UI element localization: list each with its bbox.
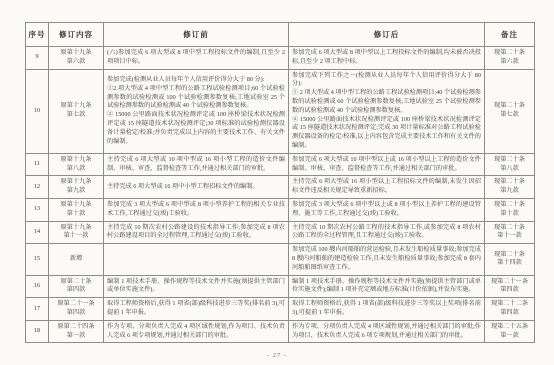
table-row: 17 原第二十一条 第四款 取得工程师资格后,获得 1 项省(部)级科技进步三等… — [26, 298, 535, 321]
cell-remarks: 现第二十条 第十款 — [485, 198, 535, 221]
cell-seq-no: 17 — [26, 298, 49, 321]
col-header-seq-no: 序号 — [26, 23, 49, 47]
cell-before-revision: 作为专项、分项负责人完成 4 项区域性规划,作为项目、技术负责人完成 6 项专项… — [104, 320, 289, 343]
cell-seq-no: 9 — [26, 47, 49, 70]
table-header-row: 序号 修订内容 修订前 修订后 备注 — [26, 23, 535, 47]
cell-seq-no: 12 — [26, 176, 49, 199]
revision-comparison-table: 序号 修订内容 修订前 修订后 备注 9 原第十九条 第六款 (六)参加完成 6… — [25, 22, 535, 343]
cell-after-revision: 主持完成 6 项大型或 16 项小型以上工程招标文件的编制,未发生因招标文件违反… — [289, 176, 485, 199]
cell-revision-content: 原第二十四条 第一款 — [49, 320, 104, 343]
col-header-before-revision: 修订前 — [104, 23, 289, 47]
cell-remarks: 现第二十一条 第四款 — [485, 275, 535, 298]
cell-remarks: 现第二十条 第七款 — [485, 69, 535, 153]
cell-revision-content: 原第十九条 第六款 — [49, 47, 104, 70]
cell-before-revision — [104, 244, 289, 275]
cell-seq-no: 18 — [26, 320, 49, 343]
cell-after-revision: 参加完成 6 项大型或 10 项中型以上或 16 项小型以上工程的造价文件编制、… — [289, 153, 485, 176]
table-row: 11 原第十九条 第八款 主持完成 6 项大型或 10 项中型或 16 项小型工… — [26, 153, 535, 176]
page-number: - 27 - — [0, 352, 554, 359]
cell-seq-no: 10 — [26, 69, 49, 153]
cell-seq-no: 15 — [26, 244, 49, 275]
cell-after-revision: 主持完成 10 期次农村公路工程的技术指导工作,或参加完成 8 项农村公路工程的… — [289, 221, 485, 244]
table-row: 10 原第十九条 第七款 参加完成(检测从业人员每年个人信用评价得分大于 80 … — [26, 69, 535, 153]
cell-before-revision: (六)参加完成 6 项大型或 8 项中型工程投标文件的编制,且至少 2 项项目中… — [104, 47, 289, 70]
col-header-after-revision: 修订后 — [289, 23, 485, 47]
table-row: 12 原第十九条 第九款 主持完成 6 项大型或 16 项中小型工程招标文件的编… — [26, 176, 535, 199]
cell-remarks: 现第二十五条 第一款 — [485, 320, 535, 343]
cell-seq-no: 16 — [26, 275, 49, 298]
cell-before-revision: 编制 1 项技术手册、操作规程等技术文件并实施(须提供主管部门或单位实施文件)。 — [104, 275, 289, 298]
cell-after-revision: 取得工程师资格后,获得 1 项省(部)级科技进步三等奖以上奖项(排名前 3),可… — [289, 298, 485, 321]
scanned-document-page: 序号 修订内容 修订前 修订后 备注 9 原第十九条 第六款 (六)参加完成 6… — [0, 0, 554, 365]
cell-seq-no: 11 — [26, 153, 49, 176]
cell-after-revision: 作为专项、分项负责人完成 4 项区域性规划,并通过相关部门的审批;作为项目、技术… — [289, 320, 485, 343]
cell-seq-no: 13 — [26, 198, 49, 221]
cell-seq-no: 14 — [26, 221, 49, 244]
cell-before-revision: 参加完成(检测从业人员每年个人信用评价得分大于 80 分): ①2 项大型或 4… — [104, 69, 289, 153]
cell-remarks: 现第二十条 第六款 — [485, 47, 535, 70]
table-row: 13 原第十九条 第十款 参加完成 3 项大型或 6 项中型或 8 项小型养护工… — [26, 198, 535, 221]
cell-before-revision: 主持完成 10 期次农村公路建设的技术指导工作;参加完成 8 项农村公路建设项目… — [104, 221, 289, 244]
cell-after-revision: 参加完成 6 项大型或 8 项中型以上工程投标文件的编制,均未被否决投标,且至少… — [289, 47, 485, 70]
cell-revision-content: 新增 — [49, 244, 104, 275]
cell-revision-content: 原第十九条 第十一款 — [49, 221, 104, 244]
col-header-remarks: 备注 — [485, 23, 535, 47]
cell-revision-content: 原第十九条 第八款 — [49, 153, 104, 176]
cell-after-revision: 编制 1 项技术手册、操作规程等技术文件并实施(须提供主管部门或单位实施文件);… — [289, 275, 485, 298]
cell-after-revision: 参加完成下列工作之一(检测从业人员每年个人信用评价得分大于 80 分): ① 2… — [289, 69, 485, 153]
cell-revision-content: 原第二十一条 第四款 — [49, 298, 104, 321]
table-row: 9 原第十九条 第六款 (六)参加完成 6 项大型或 8 项中型工程投标文件的编… — [26, 47, 535, 70]
cell-remarks: 现第二十条 第九款 — [485, 176, 535, 199]
table-row: 15 新增 参加完成 100 艘内河船舶的营运检验,且未发生船检质量事故;参加完… — [26, 244, 535, 275]
cell-after-revision: 参加完成 100 艘内河船舶的营运检验,且未发生船检质量事故;参加完成 8 艘内… — [289, 244, 485, 275]
cell-after-revision: 参加完成 3 项大型或 6 项中型以上或 8 项小型以上养护工程的建设管理、施工… — [289, 198, 485, 221]
cell-revision-content: 原第十九条 第七款 — [49, 69, 104, 153]
cell-revision-content: 原第二十条 第四款 — [49, 275, 104, 298]
col-header-revision-content: 修订内容 — [49, 23, 104, 47]
table-row: 14 原第十九条 第十一款 主持完成 10 期次农村公路建设的技术指导工作;参加… — [26, 221, 535, 244]
cell-before-revision: 主持完成 6 项大型或 16 项中小型工程招标文件的编制。 — [104, 176, 289, 199]
table-row: 16 原第二十条 第四款 编制 1 项技术手册、操作规程等技术文件并实施(须提供… — [26, 275, 535, 298]
cell-remarks: 现第二十二条 第四款 — [485, 298, 535, 321]
cell-before-revision: 参加完成 3 项大型或 6 项中型或 8 项小型养护工程的相关专业技术工作,工程… — [104, 198, 289, 221]
cell-remarks: 现第二十条 第十一款 — [485, 221, 535, 244]
table-row: 18 原第二十四条 第一款 作为专项、分项负责人完成 4 项区域性规划,作为项目… — [26, 320, 535, 343]
cell-remarks: 现第二十条 第八款 — [485, 153, 535, 176]
cell-before-revision: 主持完成 6 项大型或 10 项中型或 16 项小型工程的造价文件编制、审核、审… — [104, 153, 289, 176]
cell-remarks: 现第二十条 第十四款 — [485, 244, 535, 275]
cell-revision-content: 原第十九条 第九款 — [49, 176, 104, 199]
cell-before-revision: 取得工程师资格后,获得 1 项省(部)级科技进步三等奖(排名前 3),可提前 1… — [104, 298, 289, 321]
cell-revision-content: 原第十九条 第十款 — [49, 198, 104, 221]
